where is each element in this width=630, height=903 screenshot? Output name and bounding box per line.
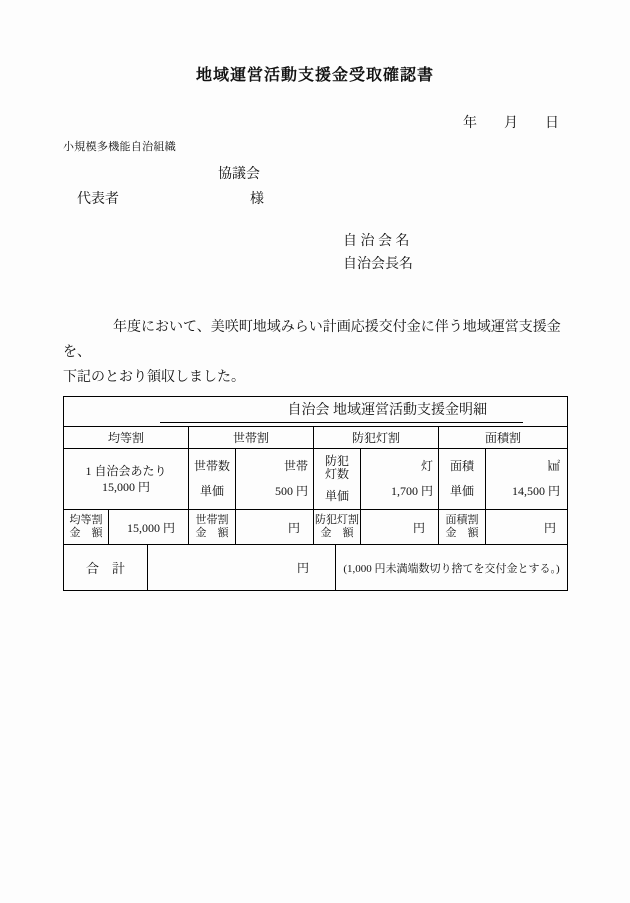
header-household-split: 世帯割 (189, 427, 314, 448)
date-month-label: 月 (504, 112, 518, 132)
table-header-row: 均等割 世帯割 防犯灯割 面積割 (64, 427, 567, 449)
support-detail-table: 自治会 地域運営活動支援金明細 均等割 世帯割 防犯灯割 面積割 1 自治会あた… (63, 396, 568, 591)
table-title-cell: 自治会 地域運営活動支援金明細 (64, 397, 567, 426)
org-type-label: 小規模多機能自治組織 (63, 138, 176, 154)
date-day-label: 日 (545, 112, 559, 132)
area-unit-value-cell: ㎢ 14,500 円 (486, 449, 567, 509)
header-streetlight-split: 防犯灯割 (314, 427, 439, 448)
header-area-split: 面積割 (439, 427, 567, 448)
header-equal-split: 均等割 (64, 427, 189, 448)
household-amount-label-cell: 世帯割 金 額 (189, 510, 236, 544)
streetlight-count-label2: 灯数 (325, 468, 349, 481)
amount-row: 均等割 金 額 15,000 円 世帯割 金 額 円 防犯灯割 金 額 円 面積… (64, 510, 567, 545)
household-unit-label-cell: 世帯数 単価 (189, 449, 236, 509)
equal-unit-line2: 15,000 円 (102, 479, 150, 495)
area-amount-label2: 金 額 (446, 527, 479, 540)
body-paragraph: 年度において、美咲町地域みらい計画応援交付金に伴う地域運営支援金を、 下記のとお… (63, 315, 568, 390)
household-price: 500 円 (275, 485, 308, 498)
household-amount-value: 円 (236, 510, 314, 544)
council-suffix-label: 協議会 (218, 163, 260, 183)
household-amount-label2: 金 額 (196, 527, 229, 540)
streetlight-amount-label-cell: 防犯灯割 金 額 (314, 510, 361, 544)
date-year-label: 年 (463, 112, 477, 132)
body-line-1: 年度において、美咲町地域みらい計画応援交付金に伴う地域運営支援金を、 (63, 315, 568, 365)
area-label: 面積 (450, 460, 474, 473)
equal-split-unit-cell: 1 自治会あたり 15,000 円 (64, 449, 189, 509)
honorific-label: 様 (250, 188, 264, 208)
association-chief-label: 自治会長名 (343, 253, 413, 273)
representative-label: 代表者 (77, 188, 119, 208)
area-amount-label1: 面積割 (446, 514, 479, 527)
streetlight-unit-value-cell: 灯 1,700 円 (361, 449, 439, 509)
streetlight-price: 1,700 円 (391, 485, 433, 498)
total-label: 合 計 (64, 545, 148, 590)
household-unit: 世帯 (284, 460, 308, 473)
streetlight-amount-label2: 金 額 (321, 527, 354, 540)
household-unit-value-cell: 世帯 500 円 (236, 449, 314, 509)
area-amount-value: 円 (486, 510, 567, 544)
equal-unit-line1: 1 自治会あたり (85, 463, 166, 479)
household-amount-label1: 世帯割 (196, 514, 229, 527)
area-amount-label-cell: 面積割 金 額 (439, 510, 486, 544)
equal-amount-label-cell: 均等割 金 額 (64, 510, 109, 544)
date-line: 年 月 日 (463, 112, 559, 132)
equal-amount-value: 15,000 円 (109, 510, 189, 544)
document-title: 地域運営活動支援金受取確認書 (0, 62, 630, 85)
document-page: 地域運営活動支援金受取確認書 年 月 日 小規模多機能自治組織 協議会 代表者 … (0, 0, 630, 903)
table-title: 自治会 地域運営活動支援金明細 (288, 403, 488, 418)
table-title-underline: 自治会 地域運営活動支援金明細 (160, 400, 523, 423)
association-name-label: 自 治 会 名 (343, 230, 410, 250)
household-count-label: 世帯数 (194, 460, 230, 473)
area-unit-label-cell: 面積 単価 (439, 449, 486, 509)
equal-amount-label2: 金 額 (70, 527, 103, 540)
streetlight-amount-value: 円 (361, 510, 439, 544)
streetlight-price-label: 単価 (325, 490, 349, 503)
streetlight-unit-label-cell: 防犯 灯数 単価 (314, 449, 361, 509)
area-price: 14,500 円 (512, 485, 560, 498)
body-line-2: 下記のとおり領収しました。 (63, 365, 568, 390)
area-unit: ㎢ (548, 460, 560, 473)
total-row: 合 計 円 (1,000 円未満端数切り捨てを交付金とする。) (64, 545, 567, 590)
unit-price-row: 1 自治会あたり 15,000 円 世帯数 単価 世帯 500 円 防犯 灯数 … (64, 449, 567, 510)
total-rounding-note: (1,000 円未満端数切り捨てを交付金とする。) (336, 545, 567, 590)
equal-amount-label1: 均等割 (70, 514, 103, 527)
table-title-row: 自治会 地域運営活動支援金明細 (64, 397, 567, 427)
area-price-label: 単価 (450, 485, 474, 498)
streetlight-amount-label1: 防犯灯割 (315, 514, 359, 527)
total-value: 円 (148, 545, 336, 590)
household-price-label: 単価 (200, 485, 224, 498)
streetlight-unit: 灯 (421, 460, 433, 473)
